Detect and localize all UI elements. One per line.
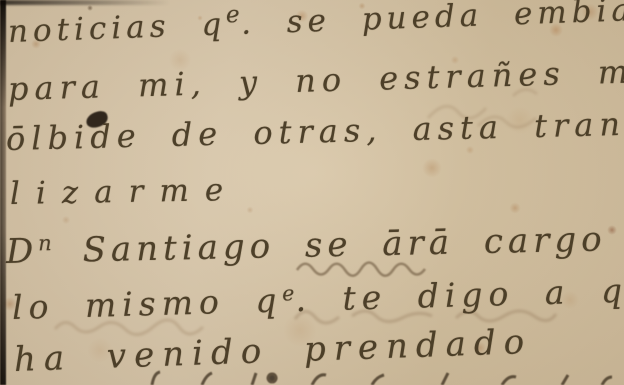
line-text: D (6, 231, 39, 272)
line-text: . te digo a quiene (295, 267, 624, 319)
line-text: para mi, y no estrañes me (7, 52, 624, 108)
manuscript-line-7: ha venido prendado (13, 322, 533, 380)
manuscript-photo: noticias qe. se pueda embiar para mi, y … (0, 0, 624, 385)
manuscript-line-4: lizarme (10, 172, 240, 212)
manuscript-line-2: para mi, y no estrañes me (7, 52, 624, 108)
superscript-abbreviation: e (225, 1, 241, 28)
manuscript-line-1: noticias qe. se pueda embiar (7, 0, 624, 50)
superscript-abbreviation: e (282, 281, 296, 305)
line-text: noticias q (7, 6, 226, 50)
superscript-abbreviation: n (38, 230, 53, 255)
line-text: Santiago se ārā cargo de (52, 218, 624, 271)
line-text: lo mismo q (11, 280, 282, 327)
line-text: ha venido prendado (13, 322, 533, 380)
manuscript-line-5: Dn Santiago se ārā cargo de (6, 218, 624, 272)
photo-top-edge-shadow (0, 0, 170, 5)
photo-left-edge-shadow (0, 0, 6, 385)
line-text: . se pueda embiar (240, 0, 624, 42)
line-text: lizarme (10, 172, 240, 212)
manuscript-line-6: lo mismo qe. te digo a quiene (11, 267, 624, 327)
